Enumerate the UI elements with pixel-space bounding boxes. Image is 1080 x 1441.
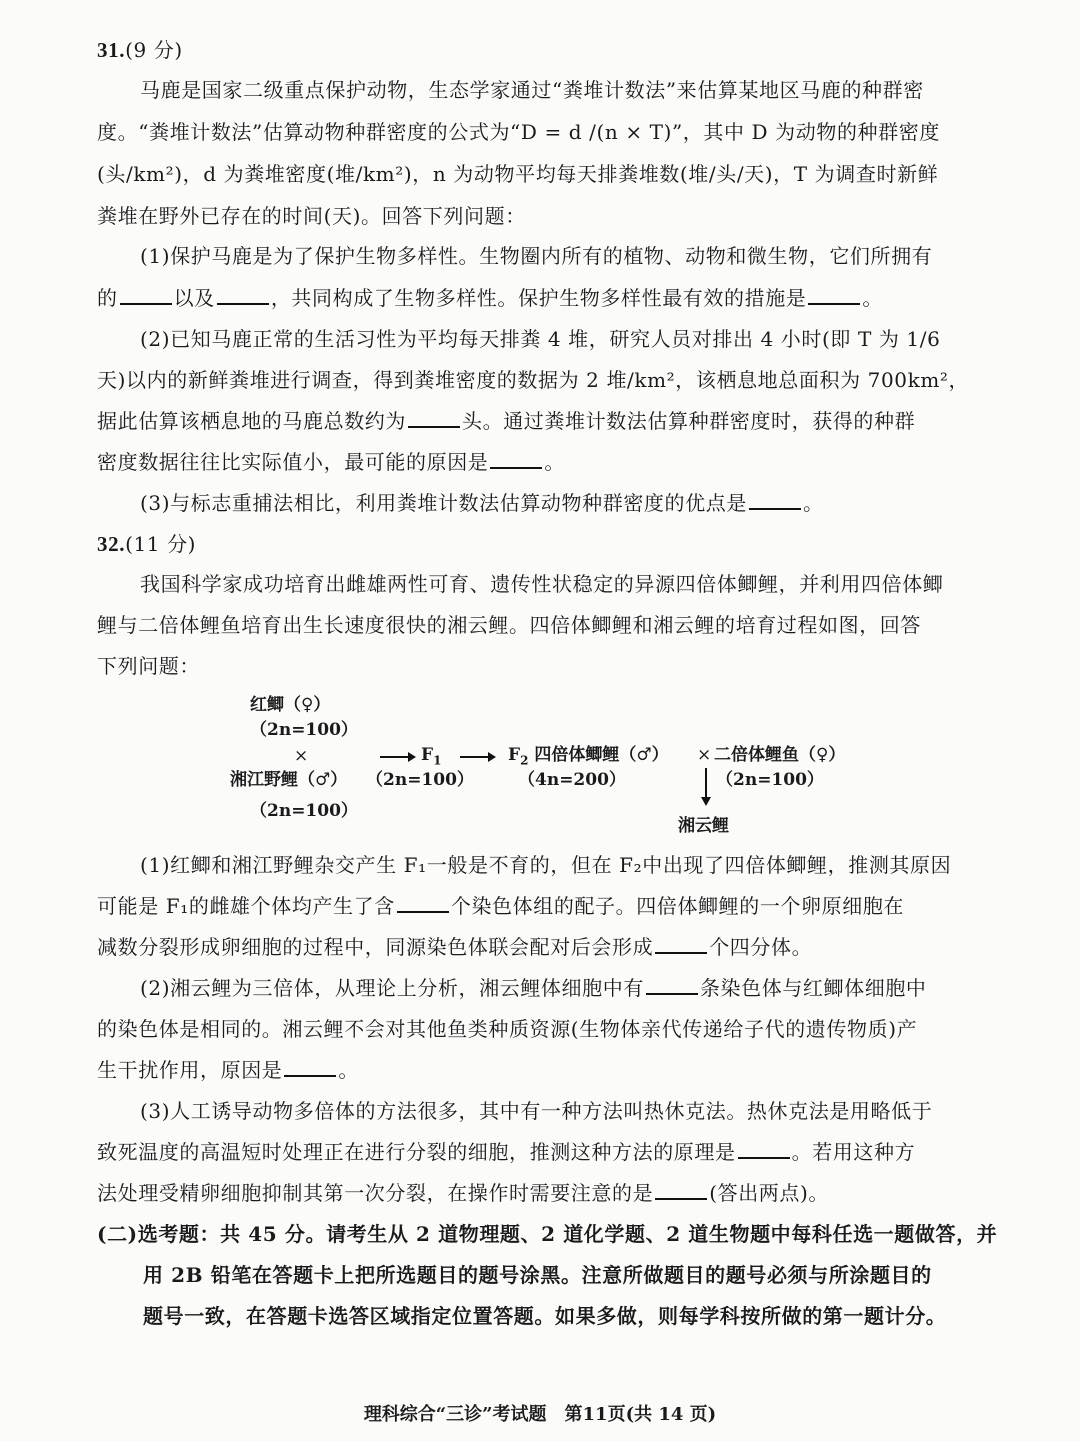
text: 可能是 F₁的雌雄个体均产生了含 — [97, 894, 395, 918]
q32-part1-line: (1)红鲫和湘江野鲤杂交产生 F₁一般是不育的，但在 F₂中出现了四倍体鲫鲤，推… — [140, 851, 951, 879]
q31-intro-line: 马鹿是国家二级重点保护动物，生态学家通过“粪堆计数法”来估算某地区马鹿的种群密 — [140, 76, 924, 104]
answer-blank[interactable] — [655, 934, 707, 954]
text: 头。通过粪堆计数法估算种群密度时，获得的种群 — [462, 409, 915, 433]
question-score: (11 分) — [125, 532, 196, 556]
parent-xiangjiang-carp: 湘江野鲤（♂） — [230, 769, 347, 791]
q31-part1-line2: 的以及，共同构成了生物多样性。保护生物多样性最有效的措施是。 — [97, 284, 883, 312]
q31-intro-line: (头/km²)，d 为粪堆密度(堆/km²)，n 为动物平均每天排粪堆数(堆/头… — [97, 160, 938, 188]
parent-red-crucian: 红鲫（♀） — [250, 694, 330, 716]
q31-part2-line4: 密度数据往往比实际值小，最可能的原因是。 — [97, 448, 565, 476]
text: 致死温度的高温短时处理正在进行分裂的细胞，推测这种方法的原理是 — [97, 1140, 736, 1164]
tetraploid-chromosome: （4n=200） — [518, 769, 626, 791]
answer-blank[interactable] — [397, 893, 449, 913]
f1-label: F1 — [421, 744, 441, 771]
q32-intro-line: 鲤与二倍体鲤鱼培育出生长速度很快的湘云鲤。四倍体鲫鲤和湘云鲤的培育过程如图，回答 — [97, 611, 921, 639]
text: (2)湘云鲤为三倍体，从理论上分析，湘云鲤体细胞中有 — [140, 976, 644, 1000]
cross-symbol: × — [294, 745, 308, 767]
answer-blank[interactable] — [646, 975, 698, 995]
q32-part2-line: 的染色体是相同的。湘云鲤不会对其他鱼类种质资源(生物体亲代传递给子代的遗传物质)… — [97, 1015, 917, 1043]
text: 个四分体。 — [709, 935, 812, 959]
answer-blank[interactable] — [738, 1139, 790, 1159]
diploid-carp-label: 二倍体鲤鱼（♀） — [714, 744, 845, 766]
page-footer: 理科综合“三诊”考试题 第11页(共 14 页) — [0, 1400, 1080, 1426]
answer-blank[interactable] — [120, 285, 172, 305]
text: 。 — [338, 1058, 359, 1082]
section2-line: (二)选考题：共 45 分。请考生从 2 道物理题、2 道化学题、2 道生物题中… — [97, 1220, 997, 1248]
q32-header: 32.(11 分) — [97, 530, 196, 558]
question-score: (9 分) — [125, 38, 183, 62]
text: 据此估算该栖息地的马鹿总数约为 — [97, 409, 406, 433]
q31-part2-line3: 据此估算该栖息地的马鹿总数约为头。通过粪堆计数法估算种群密度时，获得的种群 — [97, 407, 915, 435]
parent1-chromosome: （2n=100） — [250, 719, 358, 741]
q31-part3-line: (3)与标志重捕法相比，利用粪堆计数法估算动物种群密度的优点是。 — [140, 489, 824, 517]
text: 。若用这种方 — [792, 1140, 916, 1164]
answer-blank[interactable] — [808, 285, 860, 305]
answer-blank[interactable] — [217, 285, 269, 305]
q32-part3-line: (3)人工诱导动物多倍体的方法很多，其中有一种方法叫热休克法。热休克法是用略低于 — [140, 1097, 932, 1125]
q31-part1-line: (1)保护马鹿是为了保护生物多样性。生物圈内所有的植物、动物和微生物，它们所拥有 — [140, 242, 932, 270]
q32-part3-line3: 法处理受精卵细胞抑制其第一次分裂，在操作时需要注意的是(答出两点)。 — [97, 1179, 829, 1207]
diploid-carp-chromosome: （2n=100） — [716, 769, 824, 791]
q31-part2-line: (2)已知马鹿正常的生活习性为平均每天排粪 4 堆，研究人员对排出 4 小时(即… — [140, 325, 940, 353]
cross-symbol: × — [697, 744, 711, 766]
answer-blank[interactable] — [749, 490, 801, 510]
q32-part3-line2: 致死温度的高温短时处理正在进行分裂的细胞，推测这种方法的原理是。若用这种方 — [97, 1138, 915, 1166]
text: 。 — [544, 450, 565, 474]
text: (答出两点)。 — [709, 1181, 829, 1205]
text: 。 — [862, 286, 883, 310]
q32-part2-line3: 生干扰作用，原因是。 — [97, 1056, 359, 1084]
section2-line: 用 2B 铅笔在答题卡上把所选题目的题号涂黑。注意所做题目的题号必须与所涂题目的 — [143, 1261, 932, 1289]
text: 个染色体组的配子。四倍体鲫鲤的一个卵原细胞在 — [451, 894, 904, 918]
arrow-right-icon — [460, 756, 494, 758]
q32-intro-line: 我国科学家成功培育出雌雄两性可育、遗传性状稳定的异源四倍体鲫鲤，并利用四倍体鲫 — [140, 570, 943, 598]
text: 。 — [803, 491, 824, 515]
q31-header: 31.(9 分) — [97, 36, 183, 64]
q32-part1-line2: 可能是 F₁的雌雄个体均产生了含个染色体组的配子。四倍体鲫鲤的一个卵原细胞在 — [97, 892, 904, 920]
text: 密度数据往往比实际值小，最可能的原因是 — [97, 450, 488, 474]
text: 法处理受精卵细胞抑制其第一次分裂，在操作时需要注意的是 — [97, 1181, 653, 1205]
arrow-down-icon — [705, 768, 707, 804]
question-number: 32. — [97, 532, 125, 556]
f2-tetraploid-label: F2 四倍体鲫鲤（♂） — [508, 744, 669, 771]
text: 条染色体与红鲫体细胞中 — [700, 976, 927, 1000]
text: 以及 — [174, 286, 215, 310]
q32-intro-line: 下列问题： — [97, 652, 200, 680]
answer-blank[interactable] — [655, 1180, 707, 1200]
question-number: 31. — [97, 38, 125, 62]
text: 生干扰作用，原因是 — [97, 1058, 282, 1082]
q32-part1-line3: 减数分裂形成卵细胞的过程中，同源染色体联会配对后会形成个四分体。 — [97, 933, 812, 961]
text: ，共同构成了生物多样性。保护生物多样性最有效的措施是 — [271, 286, 807, 310]
q31-intro-line: 度。“粪堆计数法”估算动物种群密度的公式为“D = d /(n × T)”，其中… — [97, 118, 940, 146]
exam-page: 31.(9 分) 马鹿是国家二级重点保护动物，生态学家通过“粪堆计数法”来估算某… — [0, 0, 1080, 1441]
text: 减数分裂形成卵细胞的过程中，同源染色体联会配对后会形成 — [97, 935, 653, 959]
q31-intro-line: 粪堆在野外已存在的时间(天)。回答下列问题： — [97, 202, 526, 230]
text: (3)与标志重捕法相比，利用粪堆计数法估算动物种群密度的优点是 — [140, 491, 747, 515]
f1-chromosome: （2n=100） — [366, 769, 474, 791]
parent2-chromosome: （2n=100） — [250, 800, 358, 822]
offspring-xiangyun-carp: 湘云鲤 — [678, 815, 729, 837]
answer-blank[interactable] — [284, 1057, 336, 1077]
arrow-right-icon — [380, 756, 414, 758]
section2-line: 题号一致，在答题卡选答区域指定位置答题。如果多做，则每学科按所做的第一题计分。 — [143, 1302, 946, 1330]
q32-part2-line1: (2)湘云鲤为三倍体，从理论上分析，湘云鲤体细胞中有条染色体与红鲫体细胞中 — [140, 974, 927, 1002]
q31-part2-line: 天)以内的新鲜粪堆进行调查，得到粪堆密度的数据为 2 堆/km²，该栖息地总面积… — [97, 366, 969, 394]
text: 的 — [97, 286, 118, 310]
answer-blank[interactable] — [490, 449, 542, 469]
answer-blank[interactable] — [408, 408, 460, 428]
